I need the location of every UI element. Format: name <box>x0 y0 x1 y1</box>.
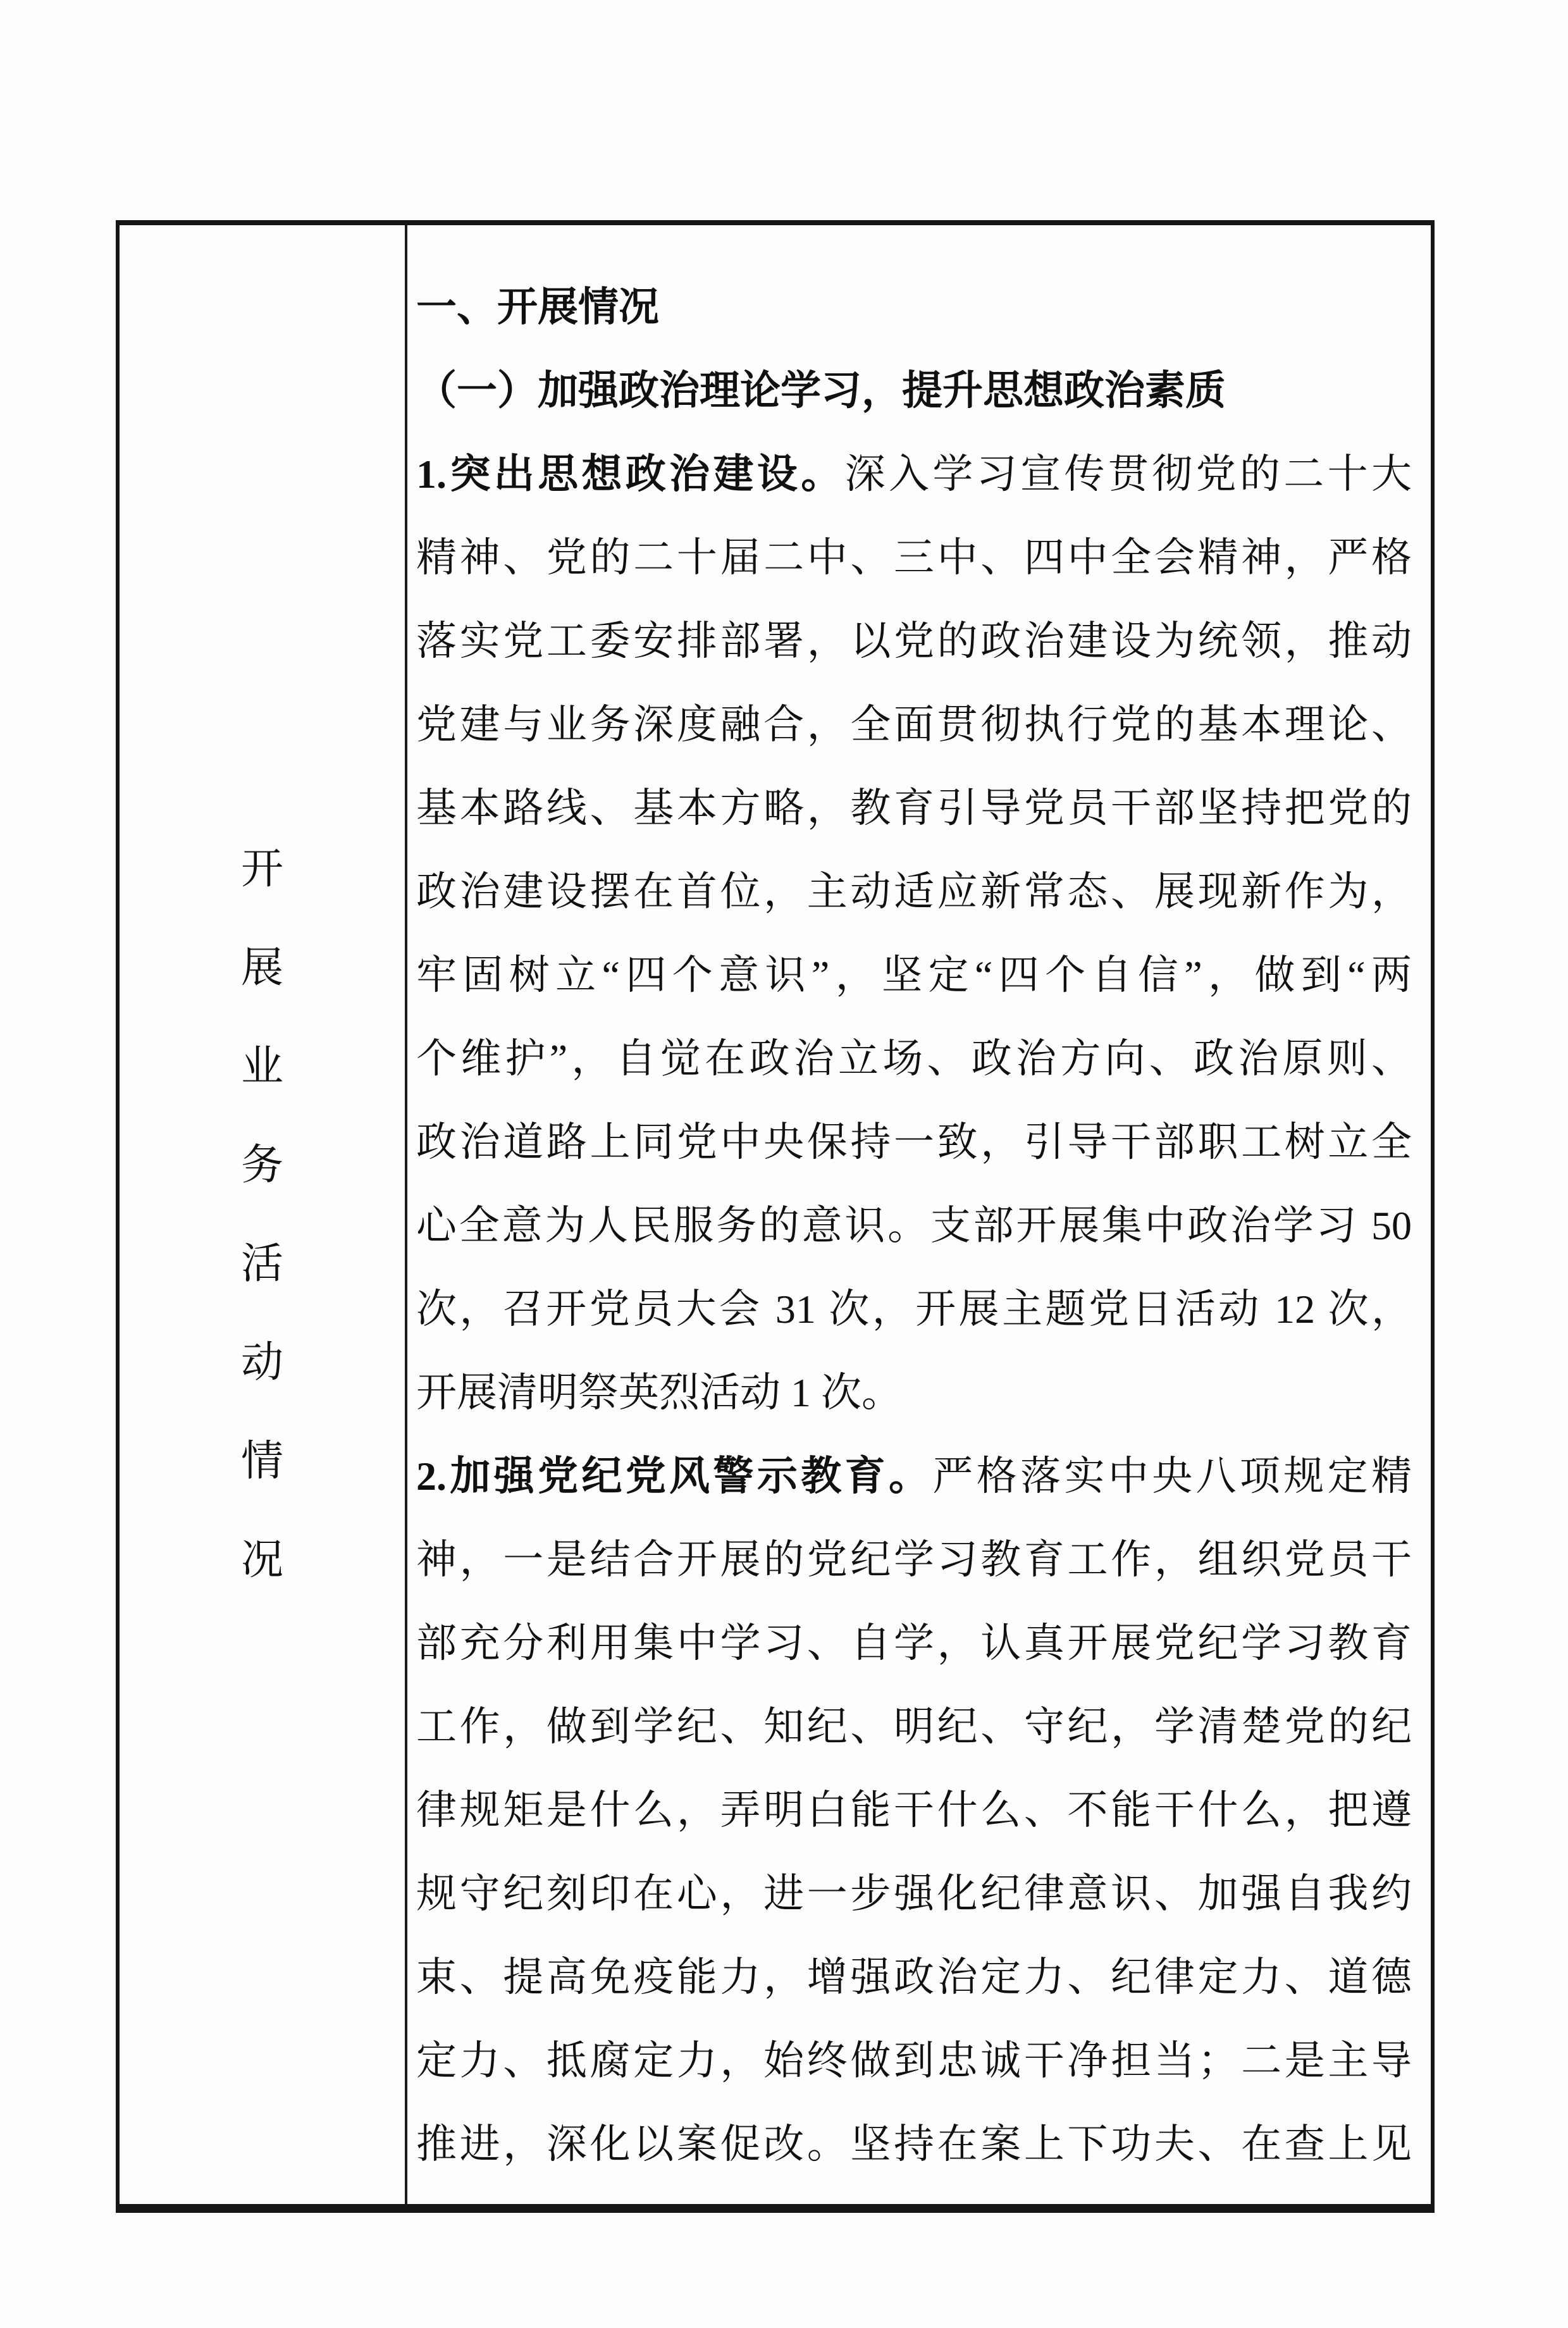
line-text: 牢固树立“四个意识”，坚定“四个自信”，做到“两 <box>416 953 1412 998</box>
row-header-char: 开 <box>241 820 283 919</box>
line-text: 次，召开党员大会 31 次，开展主题党日活动 12 次， <box>416 1287 1412 1332</box>
line-text: 落实党工委安排部署，以党的政治建设为统领，推动 <box>416 619 1412 664</box>
line-text: 政治道路上同党中央保持一致，引导干部职工树立全 <box>416 1120 1412 1165</box>
content-line: 开展清明祭英烈活动 1 次。 <box>416 1351 1412 1435</box>
row-header-char: 情 <box>241 1412 283 1511</box>
content-line: 1.突出思想政治建设。深入学习宣传贯彻党的二十大 <box>416 433 1412 516</box>
scanned-report-page: 开 展 业 务 活 动 情 况 一、开展情况 （一）加强政治理论学习，提升思想政… <box>0 0 1568 2328</box>
content-line: 束、提高免疫能力，增强政治定力、纪律定力、道德 <box>416 1936 1412 2019</box>
content-line: 牢固树立“四个意识”，坚定“四个自信”，做到“两 <box>416 934 1412 1017</box>
row-header-char: 活 <box>241 1215 283 1313</box>
line-text: 严格落实中央八项规定精 <box>932 1454 1412 1499</box>
row-header-cell: 开 展 业 务 活 动 情 况 <box>120 225 407 2204</box>
line-text: 心全意为人民服务的意识。支部开展集中政治学习 50 <box>416 1203 1412 1248</box>
content-line: 一、开展情况 <box>416 266 1412 349</box>
row-header-char: 展 <box>241 919 283 1017</box>
content-line: 政治建设摆在首位，主动适应新常态、展现新作为， <box>416 850 1412 934</box>
line-text: 深入学习宣传贯彻党的二十大 <box>845 452 1412 497</box>
subsection-heading: （一）加强政治理论学习，提升思想政治素质 <box>416 368 1226 413</box>
section-heading-1: 一、开展情况 <box>416 285 659 330</box>
content-line: 推进，深化以案促改。坚持在案上下功夫、在查上见 <box>416 2103 1412 2186</box>
line-text: 基本路线、基本方略，教育引导党员干部坚持把党的 <box>416 786 1412 831</box>
content-line: 心全意为人民服务的意识。支部开展集中政治学习 50 <box>416 1184 1412 1268</box>
line-text: 个维护”，自觉在政治立场、政治方向、政治原则、 <box>416 1036 1412 1081</box>
content-cell: 一、开展情况 （一）加强政治理论学习，提升思想政治素质 1.突出思想政治建设。深… <box>407 225 1431 2204</box>
row-header-char: 业 <box>241 1017 283 1116</box>
content-line: 政治道路上同党中央保持一致，引导干部职工树立全 <box>416 1101 1412 1184</box>
content-line: 精神、党的二十届二中、三中、四中全会精神，严格 <box>416 516 1412 600</box>
row-header-char: 动 <box>241 1313 283 1412</box>
content-line: 律规矩是什么，弄明白能干什么、不能干什么，把遵 <box>416 1769 1412 1852</box>
line-text: 推进，深化以案促改。坚持在案上下功夫、在查上见 <box>416 2122 1412 2167</box>
row-header-char: 况 <box>241 1511 283 1609</box>
content-line: 神，一是结合开展的党纪学习教育工作，组织党员干 <box>416 1518 1412 1602</box>
line-text: 律规矩是什么，弄明白能干什么、不能干什么，把遵 <box>416 1788 1412 1833</box>
line-text: 束、提高免疫能力，增强政治定力、纪律定力、道德 <box>416 1955 1412 2000</box>
content-line: 基本路线、基本方略，教育引导党员干部坚持把党的 <box>416 767 1412 850</box>
paragraph-2-heading: 2.加强党纪党风警示教育。 <box>416 1454 932 1499</box>
content-line: 规守纪刻印在心，进一步强化纪律意识、加强自我约 <box>416 1852 1412 1936</box>
content-line: 党建与业务深度融合，全面贯彻执行党的基本理论、 <box>416 683 1412 767</box>
content-line: 部充分利用集中学习、自学，认真开展党纪学习教育 <box>416 1602 1412 1685</box>
row-header-char: 务 <box>241 1116 283 1215</box>
content-line: 落实党工委安排部署，以党的政治建设为统领，推动 <box>416 600 1412 683</box>
line-text: 规守纪刻印在心，进一步强化纪律意识、加强自我约 <box>416 1871 1412 1916</box>
content-line: 定力、抵腐定力，始终做到忠诚干净担当；二是主导 <box>416 2019 1412 2103</box>
content-line: 2.加强党纪党风警示教育。严格落实中央八项规定精 <box>416 1435 1412 1518</box>
content-line: （一）加强政治理论学习，提升思想政治素质 <box>416 349 1412 433</box>
content-line: 工作，做到学纪、知纪、明纪、守纪，学清楚党的纪 <box>416 1685 1412 1769</box>
line-text: 部充分利用集中学习、自学，认真开展党纪学习教育 <box>416 1621 1412 1666</box>
line-text: 定力、抵腐定力，始终做到忠诚干净担当；二是主导 <box>416 2038 1412 2083</box>
line-text: 政治建设摆在首位，主动适应新常态、展现新作为， <box>416 869 1412 914</box>
report-table: 开 展 业 务 活 动 情 况 一、开展情况 （一）加强政治理论学习，提升思想政… <box>116 220 1435 2213</box>
line-text: 开展清明祭英烈活动 1 次。 <box>416 1370 902 1415</box>
line-text: 神，一是结合开展的党纪学习教育工作，组织党员干 <box>416 1537 1412 1582</box>
content-line: 次，召开党员大会 31 次，开展主题党日活动 12 次， <box>416 1268 1412 1351</box>
content-line: 个维护”，自觉在政治立场、政治方向、政治原则、 <box>416 1017 1412 1101</box>
line-text: 精神、党的二十届二中、三中、四中全会精神，严格 <box>416 535 1412 580</box>
line-text: 党建与业务深度融合，全面贯彻执行党的基本理论、 <box>416 702 1412 747</box>
paragraph-1-heading: 1.突出思想政治建设。 <box>416 452 845 497</box>
line-text: 工作，做到学纪、知纪、明纪、守纪，学清楚党的纪 <box>416 1704 1412 1749</box>
